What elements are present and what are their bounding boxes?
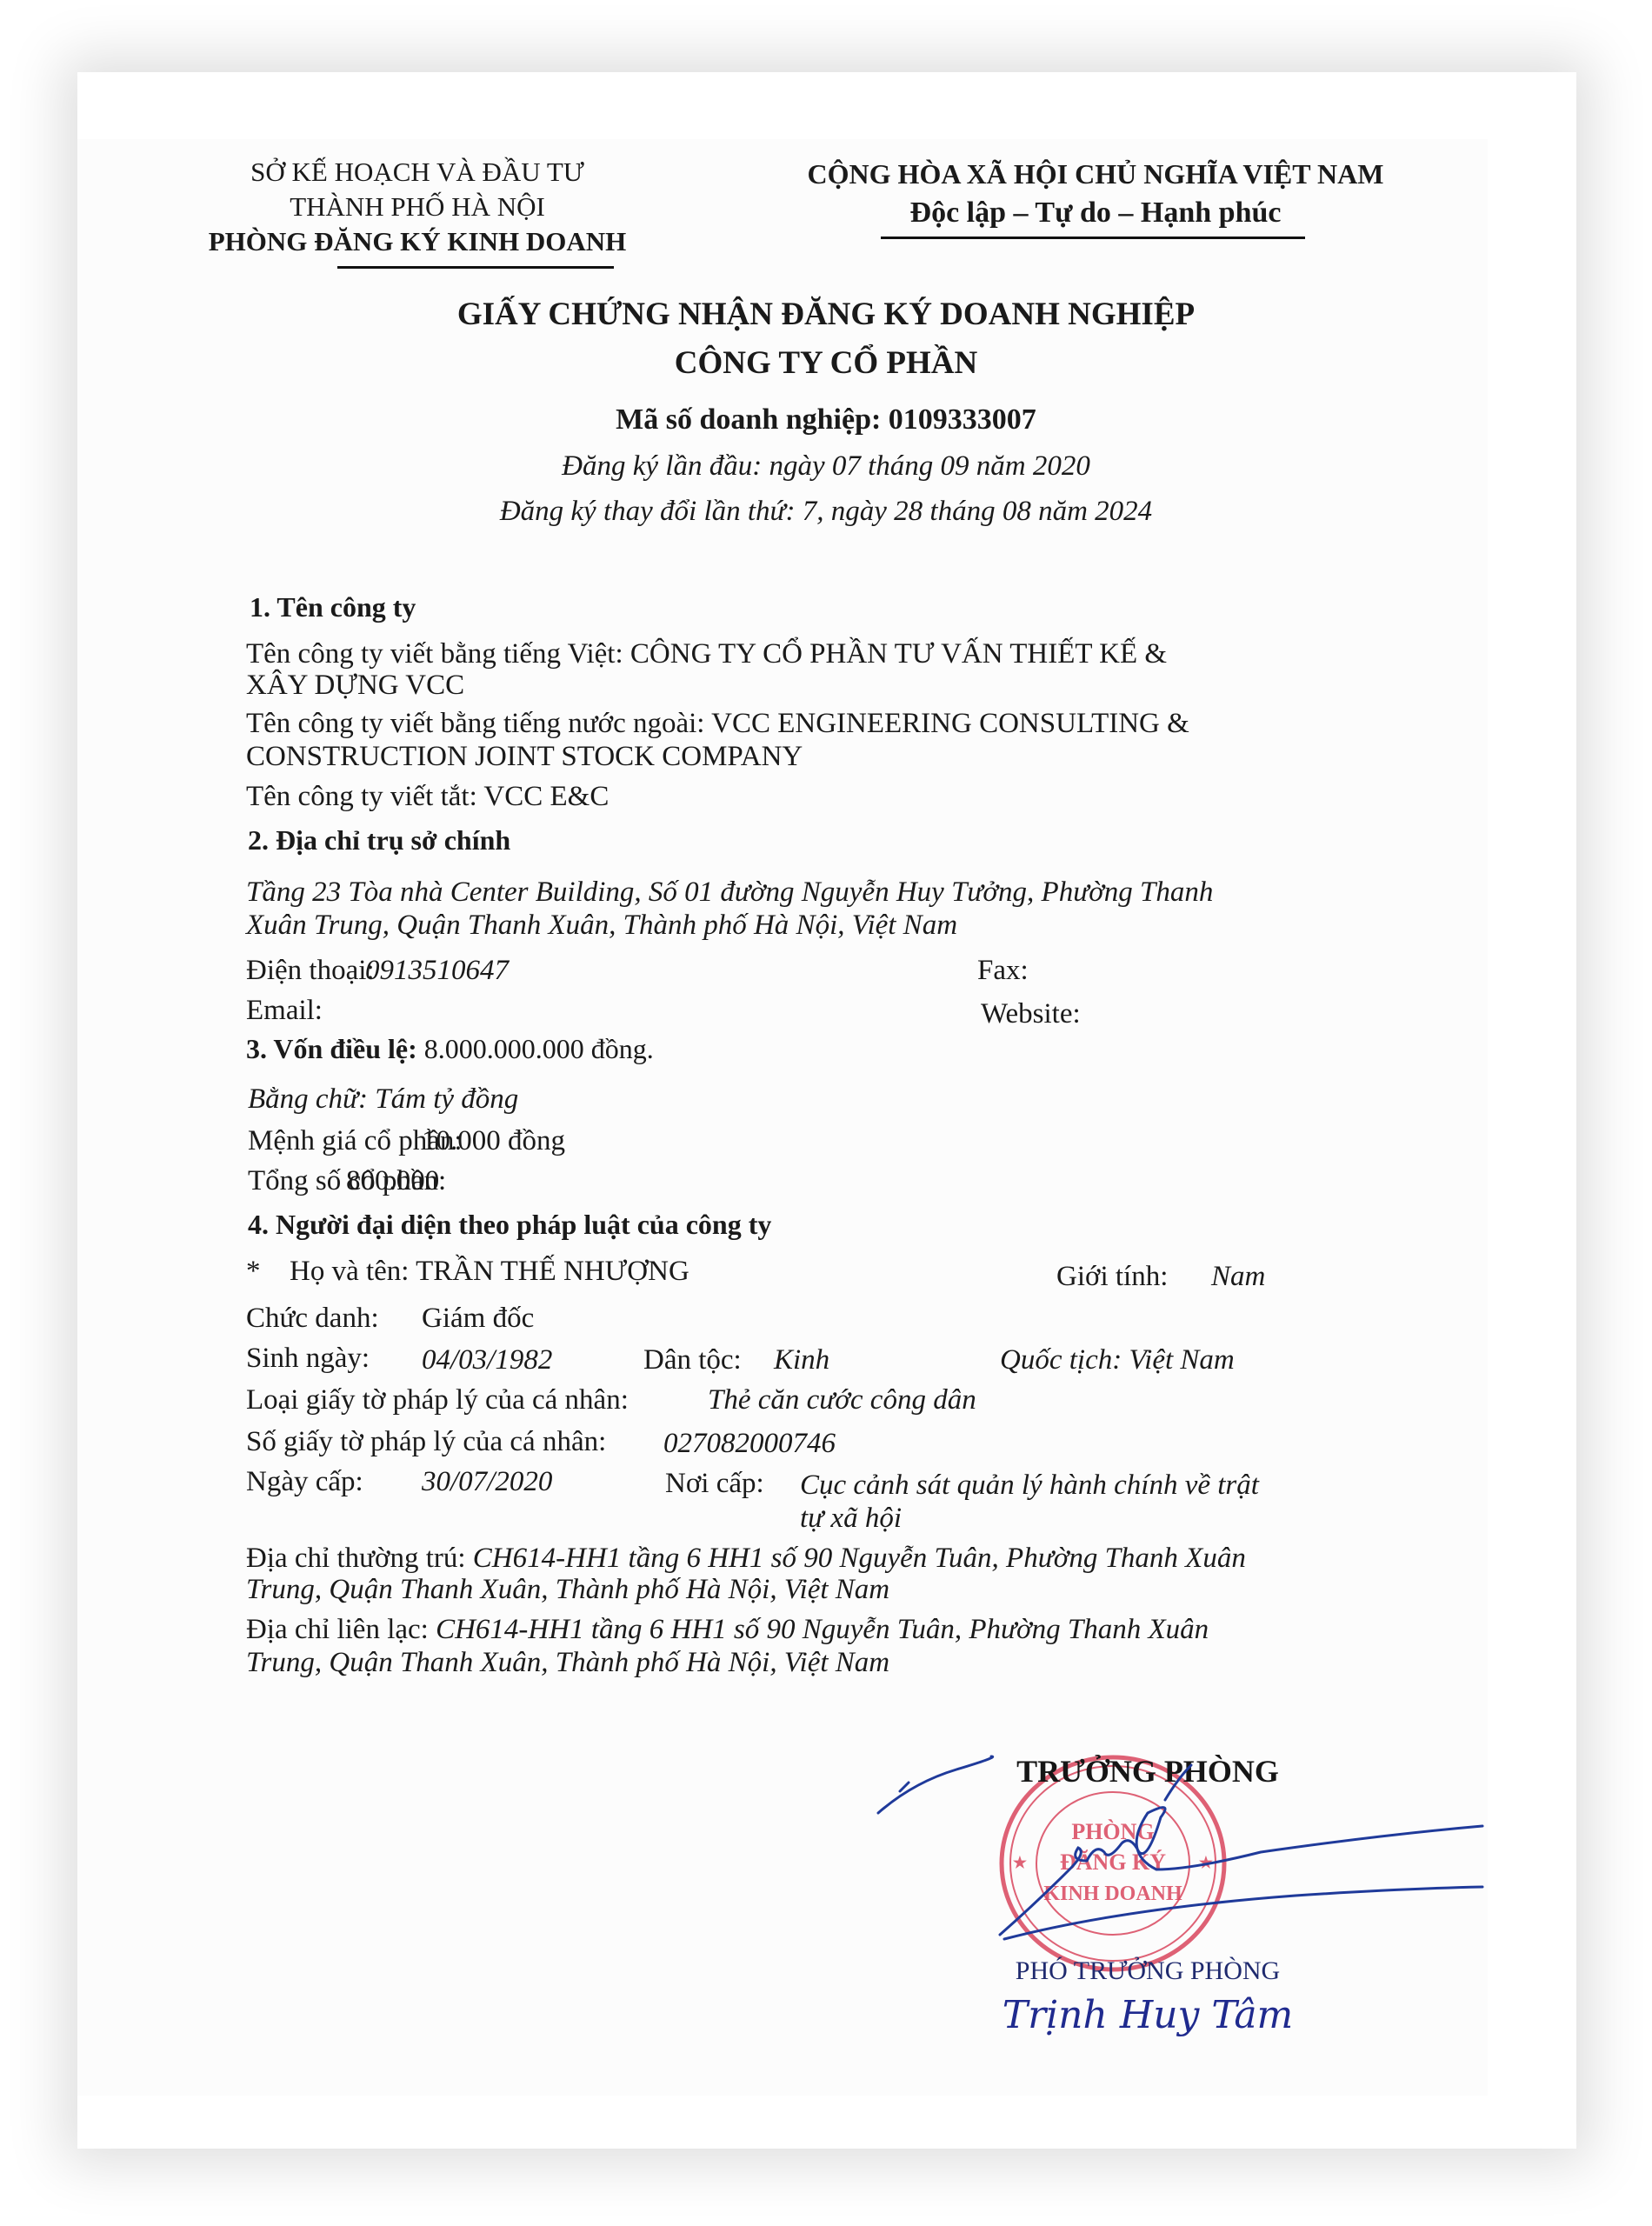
section-1-heading: 1. Tên công ty: [250, 591, 416, 623]
change-registration: Đăng ký thay đổi lần thứ: 7, ngày 28 thá…: [0, 489, 1652, 534]
authority-underline: [337, 266, 614, 269]
capital-in-words: Bằng chữ: Tám tỷ đồng: [248, 1083, 518, 1116]
id-number-value: 027082000746: [663, 1428, 836, 1460]
permanent-address-line-1: Địa chỉ thường trú: CH614-HH1 tầng 6 HH1…: [246, 1543, 1246, 1575]
deputy-title: PHÓ TRƯỞNG PHÒNG: [956, 1956, 1339, 1986]
authority-line-1: SỞ KẾ HOẠCH VÀ ĐẦU TƯ: [0, 155, 835, 190]
id-type-label: Loại giấy tờ pháp lý của cá nhân:: [246, 1384, 629, 1416]
par-value: 10.000 đồng: [422, 1125, 565, 1157]
permanent-address-value: CH614-HH1 tầng 6 HH1 số 90 Nguyễn Tuân, …: [473, 1543, 1246, 1574]
motto: Độc lập – Tự do – Hạnh phúc: [765, 193, 1426, 233]
capital-value: 8.000.000.000 đồng.: [424, 1033, 654, 1064]
permanent-address-label: Địa chỉ thường trú:: [246, 1543, 466, 1574]
foreign-name-line-2: CONSTRUCTION JOINT STOCK COMPANY: [246, 741, 803, 773]
hq-address-line-2: Xuân Trung, Quận Thanh Xuân, Thành phố H…: [246, 910, 957, 942]
section-3-heading: 3. Vốn điều lệ:: [246, 1033, 417, 1064]
contact-address-line-2: Trung, Quận Thanh Xuân, Thành phố Hà Nội…: [246, 1647, 889, 1679]
dob-value: 04/03/1982: [422, 1344, 552, 1376]
registration-dates: Đăng ký lần đầu: ngày 07 tháng 09 năm 20…: [0, 443, 1652, 534]
name-label: Họ và tên:: [290, 1256, 409, 1287]
vn-name-line-1: Tên công ty viết bằng tiếng Việt: CÔNG T…: [246, 638, 1167, 670]
first-registration: Đăng ký lần đầu: ngày 07 tháng 09 năm 20…: [0, 443, 1652, 489]
name-value: TRẦN THẾ NHƯỢNG: [416, 1256, 689, 1287]
ethnic-value: Kinh: [774, 1344, 829, 1376]
deputy-name: Trịnh Huy Tâm: [956, 1993, 1339, 2037]
title-line-2: CÔNG TY CỔ PHẦN: [0, 339, 1652, 388]
gender-label: Giới tính:: [1056, 1261, 1168, 1293]
fax-label: Fax:: [977, 955, 1029, 987]
country-name: CỘNG HÒA XÃ HỘI CHỦ NGHĨA VIỆT NAM: [765, 155, 1426, 193]
permanent-address-line-2: Trung, Quận Thanh Xuân, Thành phố Hà Nội…: [246, 1574, 889, 1606]
enterprise-code: Mã số doanh nghiệp: 0109333007: [0, 403, 1652, 437]
issue-date-label: Ngày cấp:: [246, 1466, 363, 1498]
website-label: Website:: [981, 998, 1081, 1030]
id-number-label: Số giấy tờ pháp lý của cá nhân:: [246, 1426, 606, 1458]
issue-place-label: Nơi cấp:: [665, 1468, 764, 1500]
document-title: GIẤY CHỨNG NHẬN ĐĂNG KÝ DOANH NGHIỆP CÔN…: [0, 290, 1652, 388]
email-label: Email:: [246, 995, 323, 1027]
issue-place-line-2: tự xã hội: [800, 1503, 902, 1535]
short-name: Tên công ty viết tắt: VCC E&C: [246, 781, 609, 813]
section-2-heading: 2. Địa chỉ trụ sở chính: [248, 824, 510, 856]
ethnic-label: Dân tộc:: [643, 1344, 742, 1376]
foreign-name-line-1: Tên công ty viết bằng tiếng nước ngoài: …: [246, 708, 1189, 740]
hq-address-line-1: Tầng 23 Tòa nhà Center Building, Số 01 đ…: [246, 876, 1213, 909]
issuing-authority: SỞ KẾ HOẠCH VÀ ĐẦU TƯ THÀNH PHỐ HÀ NỘI P…: [0, 155, 835, 259]
id-type-value: Thẻ căn cước công dân: [708, 1384, 976, 1416]
contact-address-line-1: Địa chỉ liên lạc: CH614-HH1 tầng 6 HH1 s…: [246, 1614, 1209, 1646]
authority-line-2: THÀNH PHỐ HÀ NỘI: [0, 190, 835, 224]
issue-date-value: 30/07/2020: [422, 1466, 552, 1498]
bullet: *: [246, 1256, 261, 1288]
position-value: Giám đốc: [422, 1303, 534, 1335]
phone-label: Điện thoại:: [246, 955, 375, 987]
position-label: Chức danh:: [246, 1303, 379, 1335]
total-shares-value: 800.000: [346, 1165, 439, 1197]
issue-place-line-1: Cục cảnh sát quản lý hành chính về trật: [800, 1470, 1259, 1502]
handwritten-signature: [861, 1730, 1487, 1991]
dob-label: Sinh ngày:: [246, 1343, 370, 1375]
contact-address-value: CH614-HH1 tầng 6 HH1 số 90 Nguyễn Tuân, …: [436, 1614, 1209, 1645]
charter-capital: 3. Vốn điều lệ: 8.000.000.000 đồng.: [246, 1033, 654, 1065]
section-4-heading: 4. Người đại diện theo pháp luật của côn…: [248, 1209, 771, 1241]
gender-value: Nam: [1211, 1261, 1265, 1293]
name-row: Họ và tên: TRẦN THẾ NHƯỢNG: [290, 1256, 689, 1288]
phone-value: 0913510647: [365, 955, 509, 987]
authority-line-3: PHÒNG ĐĂNG KÝ KINH DOANH: [0, 224, 835, 259]
national-motto: CỘNG HÒA XÃ HỘI CHỦ NGHĨA VIỆT NAM Độc l…: [765, 155, 1426, 233]
contact-address-label: Địa chỉ liên lạc:: [246, 1614, 429, 1645]
nationality: Quốc tịch: Việt Nam: [1000, 1344, 1235, 1376]
motto-underline: [881, 237, 1305, 239]
title-line-1: GIẤY CHỨNG NHẬN ĐĂNG KÝ DOANH NGHIỆP: [0, 290, 1652, 339]
vn-name-line-2: XÂY DỰNG VCC: [246, 670, 464, 702]
